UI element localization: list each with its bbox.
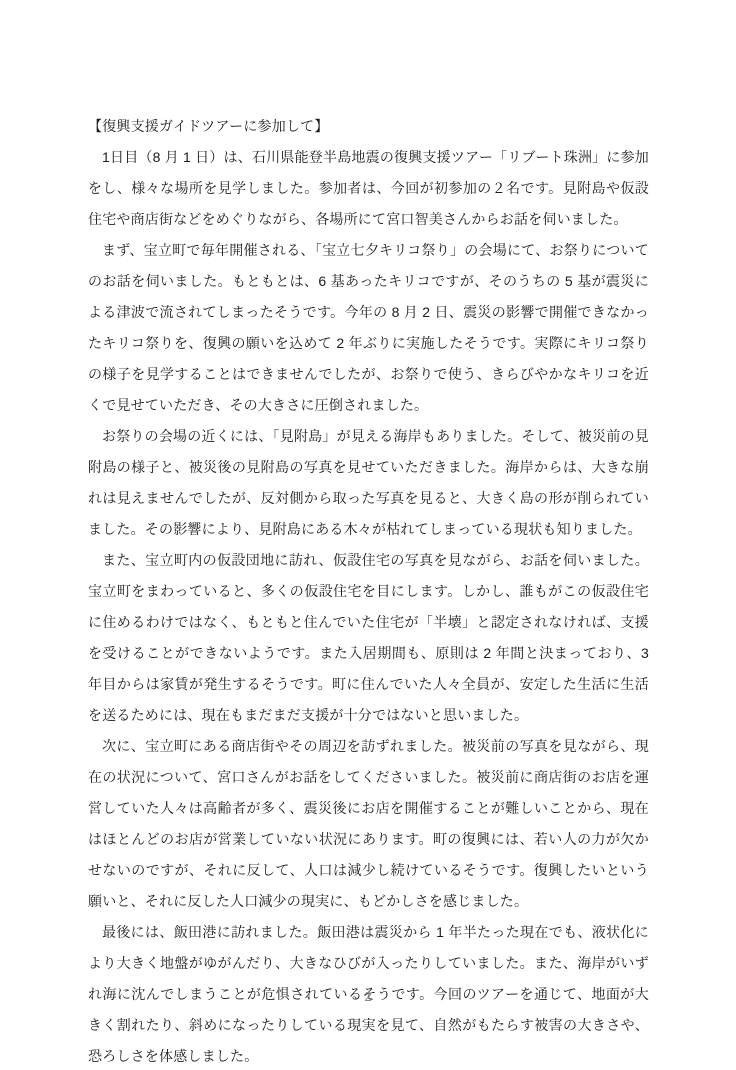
- paragraph-shopping-street: 次に、宝立町にある商店街やその周辺を訪ずれました。被災前の写真を見ながら、現在の…: [88, 731, 649, 917]
- paragraph-intro: 1日目（8 月 1 日）は、石川県能登半島地震の復興支援ツアー「リブート珠洲」に…: [88, 142, 649, 235]
- paragraph-kiriko-festival: まず、宝立町で毎年開催される、「宝立七夕キリコ祭り」の会場にて、お祭りについての…: [88, 235, 649, 421]
- paragraph-mitsukejima: お祭りの会場の近くには、「見附島」が見える海岸もありました。そして、被災前の見附…: [88, 421, 649, 545]
- document-page: 【復興支援ガイドツアーに参加して】 1日目（8 月 1 日）は、石川県能登半島地…: [0, 0, 736, 1070]
- page-number: 2: [0, 988, 736, 1006]
- paragraph-temporary-housing: また、宝立町内の仮設団地に訪れ、仮設住宅の写真を見ながら、お話を伺いました。宝立…: [88, 545, 649, 731]
- document-body: 【復興支援ガイドツアーに参加して】 1日目（8 月 1 日）は、石川県能登半島地…: [88, 111, 649, 1070]
- document-title: 【復興支援ガイドツアーに参加して】: [88, 111, 649, 142]
